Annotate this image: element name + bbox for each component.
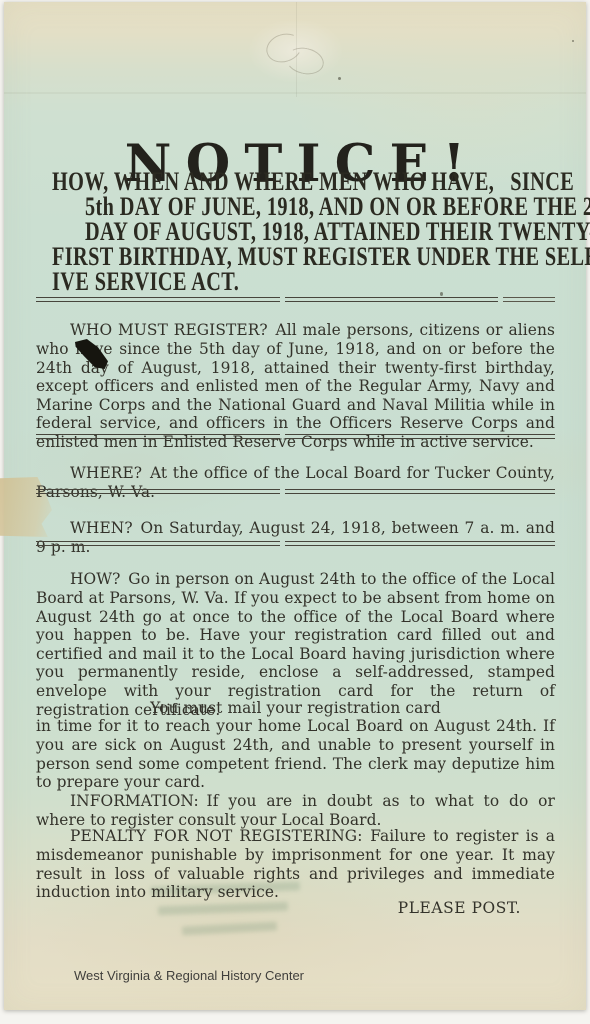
horizontal-fold-line (4, 92, 586, 94)
how-paragraph: HOW? Go in person on August 24th to the … (36, 570, 555, 719)
mail-card-centered-line: You must mail your registration card (36, 699, 555, 718)
when-paragraph: WHEN? On Saturday, August 24, 1918, betw… (36, 519, 555, 556)
penalty-paragraph: PENALTY FOR NOT REGISTERING: Failure to … (36, 827, 555, 901)
paper-speck (524, 466, 526, 468)
archive-watermark: West Virginia & Regional History Center (74, 968, 304, 983)
notice-subtitle: HOW, WHEN AND WHERE MEN WHO HAVE, SINCE … (52, 169, 572, 294)
double-rule-divider (36, 297, 555, 302)
please-post-line: PLEASE POST. (36, 899, 555, 918)
scanned-notice-page: { "document": { "title": "NOTICE!", "sub… (0, 0, 590, 1024)
double-rule-divider (36, 541, 555, 546)
paper-speck (338, 77, 341, 80)
double-rule-divider (36, 489, 555, 494)
where-paragraph: WHERE? At the office of the Local Board … (36, 464, 555, 501)
subtitle-line: IVE SERVICE ACT. (52, 269, 458, 294)
subtitle-line: HOW, WHEN AND WHERE MEN WHO HAVE, SINCE … (52, 169, 458, 194)
subtitle-line: DAY OF AUGUST, 1918, ATTAINED THEIR TWEN… (85, 219, 465, 244)
subtitle-line: FIRST BIRTHDAY, MUST REGISTER UNDER THE … (52, 244, 458, 269)
information-paragraph: INFORMATION: If you are in doubt as to w… (36, 792, 555, 829)
subtitle-line: 5th DAY OF JUNE, 1918, AND ON OR BEFORE … (85, 194, 465, 219)
double-rule-divider (36, 434, 555, 439)
paper-speck (440, 292, 443, 296)
mail-card-continuation: in time for it to reach your home Local … (36, 717, 555, 791)
vertical-fold-line (296, 2, 297, 97)
who-must-register-paragraph: WHO MUST REGISTER? All male persons, cit… (36, 321, 555, 451)
paper-speck (572, 40, 574, 42)
